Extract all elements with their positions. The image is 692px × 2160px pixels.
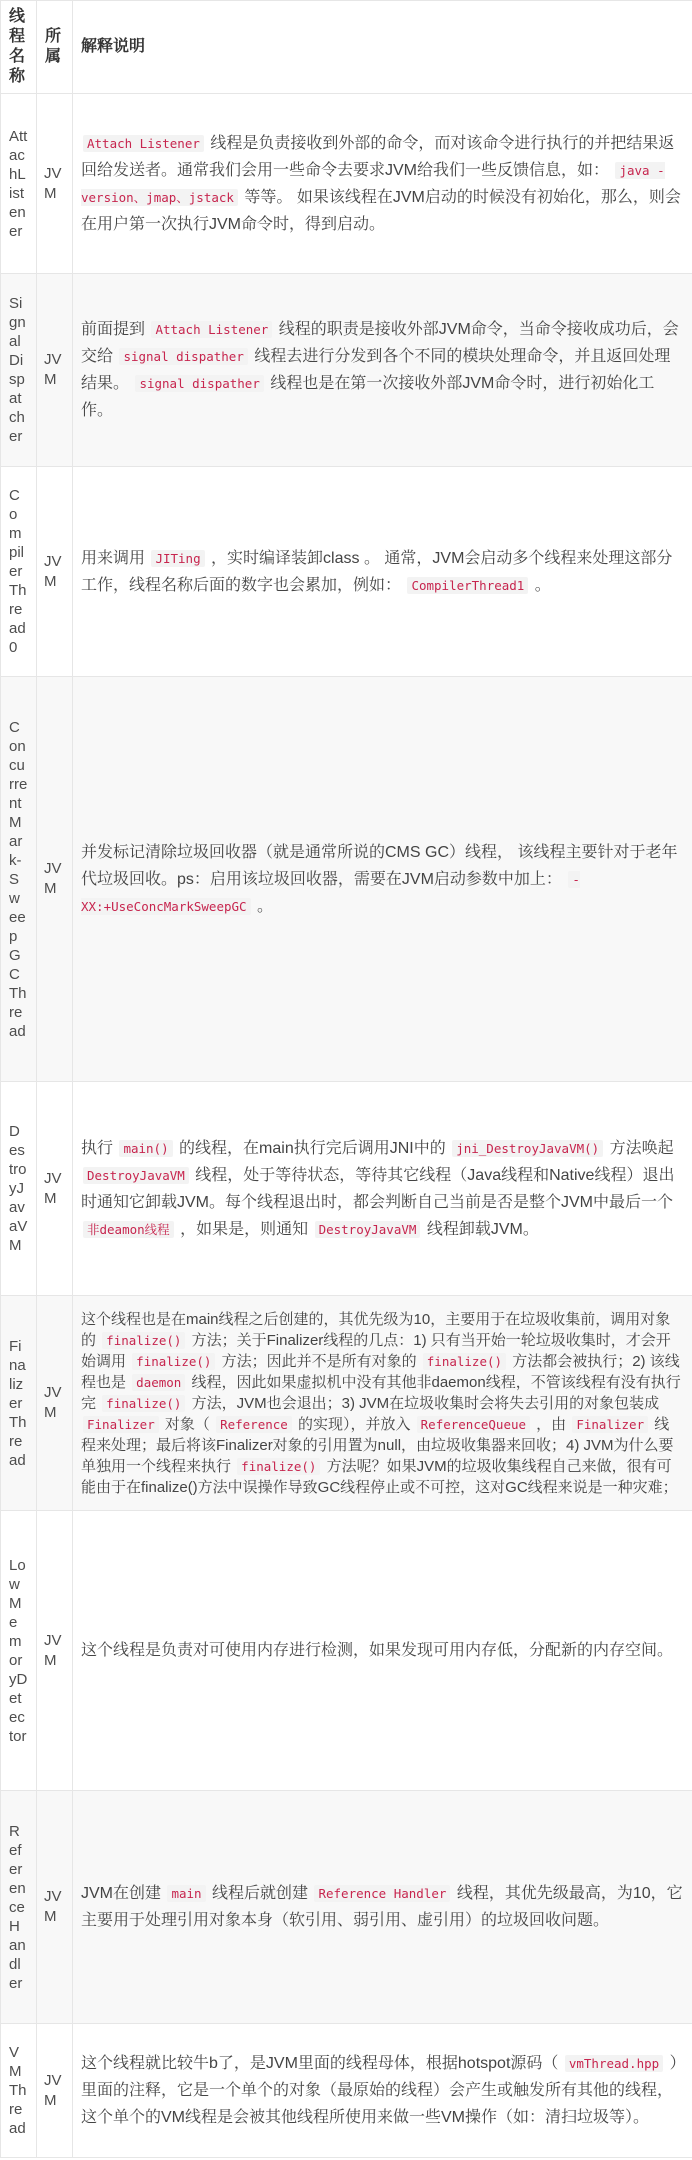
table-row: LowMemoryDetectorJVM这个线程是负责对可使用内存进行检测，如果… <box>1 1511 692 1791</box>
description-text: 执行 <box>81 1140 117 1157</box>
owner-cell: JVM <box>37 1296 73 1511</box>
description-text: ，如果是，则通知 <box>176 1221 313 1238</box>
description-text: 的线程，在main执行完后调用JNI中的 <box>175 1140 451 1157</box>
description-cell: Attach Listener 线程是负责接收到外部的命令，而对该命令进行执行的… <box>73 94 692 274</box>
jvm-threads-article-page: 线程名称 所属 解释说明 AttachListenerJVMAttach Lis… <box>0 0 692 2160</box>
description-text: JVM在创建 <box>81 1885 165 1902</box>
table-body: AttachListenerJVMAttach Listener 线程是负责接收… <box>1 94 692 2158</box>
description-cell: 前面提到 Attach Listener 线程的职责是接收外部JVM命令，当命令… <box>73 274 692 467</box>
owner-cell: JVM <box>37 274 73 467</box>
header-row: 线程名称 所属 解释说明 <box>1 1 692 94</box>
description-text: 方法唤起 <box>605 1140 673 1157</box>
inline-code: jni_DestroyJavaVM() <box>452 1140 603 1157</box>
description-cell: JVM在创建 main 线程后就创建 Reference Handler 线程，… <box>73 1791 692 2024</box>
column-header-owner: 所属 <box>37 1 73 94</box>
description-cell: 这个线程就比较牛b了，是JVM里面的线程母体，根据hotspot源码（ vmTh… <box>73 2024 692 2158</box>
table-row: FinalizerThreadJVM这个线程也是在main线程之后创建的，其优先… <box>1 1296 692 1511</box>
description-text: 方法；因此并不是所有对象的 <box>217 1353 420 1370</box>
description-cell: 这个线程也是在main线程之后创建的，其优先级为10，主要用于在垃圾收集前，调用… <box>73 1296 692 1511</box>
inline-code: finalize() <box>102 1332 185 1349</box>
column-header-description: 解释说明 <box>73 1 692 94</box>
table-row: ReferenceHandlerJVMJVM在创建 main 线程后就创建 Re… <box>1 1791 692 2024</box>
owner-cell: JVM <box>37 1791 73 2024</box>
table-header: 线程名称 所属 解释说明 <box>1 1 692 94</box>
description-text: ，由 <box>532 1416 570 1433</box>
inline-code: finalize() <box>423 1353 506 1370</box>
thread-name-cell: CompilerThread0 <box>1 467 37 677</box>
table-row: DestroyJavaVMJVM执行 main() 的线程，在main执行完后调… <box>1 1082 692 1296</box>
inline-code: Attach Listener <box>151 321 272 338</box>
thread-name-cell: VMThread <box>1 2024 37 2158</box>
description-text: 。 <box>530 577 550 594</box>
jvm-threads-table: 线程名称 所属 解释说明 AttachListenerJVMAttach Lis… <box>0 0 692 2158</box>
inline-code: ReferenceQueue <box>417 1416 530 1433</box>
inline-code: JITing <box>151 550 204 567</box>
inline-code: CompilerThread1 <box>407 577 528 594</box>
owner-cell: JVM <box>37 1082 73 1296</box>
table-row: AttachListenerJVMAttach Listener 线程是负责接收… <box>1 94 692 274</box>
thread-name-cell: ReferenceHandler <box>1 1791 37 2024</box>
owner-cell: JVM <box>37 1511 73 1791</box>
owner-cell: JVM <box>37 677 73 1082</box>
description-text: 线程卸载JVM。 <box>422 1221 538 1238</box>
inline-code: daemon <box>132 1374 185 1391</box>
owner-cell: JVM <box>37 2024 73 2158</box>
inline-code: signal dispather <box>135 375 263 392</box>
description-cell: 执行 main() 的线程，在main执行完后调用JNI中的 jni_Destr… <box>73 1082 692 1296</box>
thread-name-cell: SignalDispatcher <box>1 274 37 467</box>
description-cell: 这个线程是负责对可使用内存进行检测，如果发现可用内存低，分配新的内存空间。 <box>73 1511 692 1791</box>
inline-code: Finalizer <box>572 1416 648 1433</box>
description-text: 这个线程就比较牛b了，是JVM里面的线程母体，根据hotspot源码（ <box>81 2055 563 2072</box>
inline-code: finalize() <box>102 1395 185 1412</box>
description-cell: 并发标记清除垃圾回收器（就是通常所说的CMS GC）线程， 该线程主要针对于老年… <box>73 677 692 1082</box>
description-text: 用来调用 <box>81 550 149 567</box>
description-text: 这个线程是负责对可使用内存进行检测，如果发现可用内存低，分配新的内存空间。 <box>81 1642 673 1659</box>
description-cell: 用来调用 JITing ，实时编译装卸class 。 通常，JVM会启动多个线程… <box>73 467 692 677</box>
owner-cell: JVM <box>37 467 73 677</box>
description-text: 前面提到 <box>81 321 149 338</box>
table-row: VMThreadJVM这个线程就比较牛b了，是JVM里面的线程母体，根据hots… <box>1 2024 692 2158</box>
description-text: 的实现），并放入 <box>294 1416 415 1433</box>
column-header-thread-name: 线程名称 <box>1 1 37 94</box>
description-text: 。 <box>253 898 273 915</box>
inline-code: finalize() <box>132 1353 215 1370</box>
description-text: 线程后就创建 <box>208 1885 313 1902</box>
thread-name-cell: AttachListener <box>1 94 37 274</box>
thread-name-cell: FinalizerThread <box>1 1296 37 1511</box>
table-row: SignalDispatcherJVM前面提到 Attach Listener … <box>1 274 692 467</box>
inline-code: vmThread.hpp <box>565 2055 663 2072</box>
inline-code: signal dispather <box>119 348 247 365</box>
thread-name-cell: LowMemoryDetector <box>1 1511 37 1791</box>
inline-code: Finalizer <box>83 1416 159 1433</box>
description-text: 并发标记清除垃圾回收器（就是通常所说的CMS GC）线程， 该线程主要针对于老年… <box>81 844 677 888</box>
inline-code: 非deamon线程 <box>83 1221 174 1238</box>
inline-code: DestroyJavaVM <box>83 1167 189 1184</box>
thread-name-cell: ConcurrentMark-SweepGCThread <box>1 677 37 1082</box>
thread-name-cell: DestroyJavaVM <box>1 1082 37 1296</box>
inline-code: Reference <box>216 1416 292 1433</box>
inline-code: finalize() <box>237 1458 320 1475</box>
inline-code: main <box>167 1885 205 1902</box>
inline-code: Attach Listener <box>83 135 204 152</box>
inline-code: main() <box>119 1140 172 1157</box>
inline-code: DestroyJavaVM <box>315 1221 421 1238</box>
table-row: CompilerThread0JVM用来调用 JITing ，实时编译装卸cla… <box>1 467 692 677</box>
table-row: ConcurrentMark-SweepGCThreadJVM并发标记清除垃圾回… <box>1 677 692 1082</box>
owner-cell: JVM <box>37 94 73 274</box>
description-text: 对象（ <box>161 1416 214 1433</box>
inline-code: Reference Handler <box>314 1885 450 1902</box>
description-text: 方法，JVM也会退出；3) JVM在垃圾收集时会将失去引用的对象包装成 <box>187 1395 659 1412</box>
